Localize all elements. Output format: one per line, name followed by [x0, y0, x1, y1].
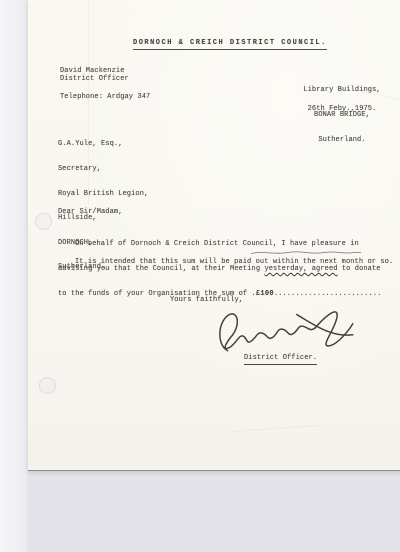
scanned-letter: DORNOCH & CREICH DISTRICT COUNCIL. David…	[0, 0, 400, 552]
sender-telephone: Telephone: Ardgay 347	[60, 93, 150, 101]
salutation: Dear Sir/Madam,	[58, 208, 123, 216]
sender-address-line: Library Buildings,	[290, 86, 394, 94]
letter-date: 26th Feby.,1975.	[290, 105, 394, 113]
closing: Yours faithfully,	[170, 296, 243, 304]
crease-bottom	[228, 425, 323, 433]
hole-punch-top	[35, 213, 52, 230]
hole-punch-bottom	[39, 377, 56, 394]
paragraph-1-line-1: On behalf of Dornoch & Creich District C…	[58, 240, 388, 248]
donation-amount: £100	[256, 290, 274, 298]
p1-l2-text: to donate	[338, 265, 381, 273]
sender-address-line: Sutherland.	[290, 136, 394, 144]
signoff-role: District Officer.	[244, 354, 317, 365]
letter-title: DORNOCH & CREICH DISTRICT COUNCIL.	[133, 39, 327, 50]
sender-address: Library Buildings, BONAR BRIDGE, Sutherl…	[290, 70, 394, 160]
underlined-phrase: yesterday, agreed	[264, 265, 337, 273]
p1-l2-text: advising you that the Council, at their …	[58, 265, 264, 273]
paragraph-2: It is intended that this sum will be pai…	[58, 258, 400, 266]
recipient-line: Royal British Legion,	[58, 190, 148, 198]
sender-role: District Officer	[60, 75, 129, 83]
amount-hand-underline	[250, 249, 362, 256]
sender-name: David Mackenzie	[60, 67, 125, 75]
recipient-line: G.A.Yule, Esq.,	[58, 140, 148, 148]
paragraph-1-line-2: advising you that the Council, at their …	[58, 265, 388, 273]
letter-paper: DORNOCH & CREICH DISTRICT COUNCIL. David…	[28, 0, 400, 471]
scan-background-strip	[0, 0, 28, 552]
recipient-line: Secretary,	[58, 165, 148, 173]
